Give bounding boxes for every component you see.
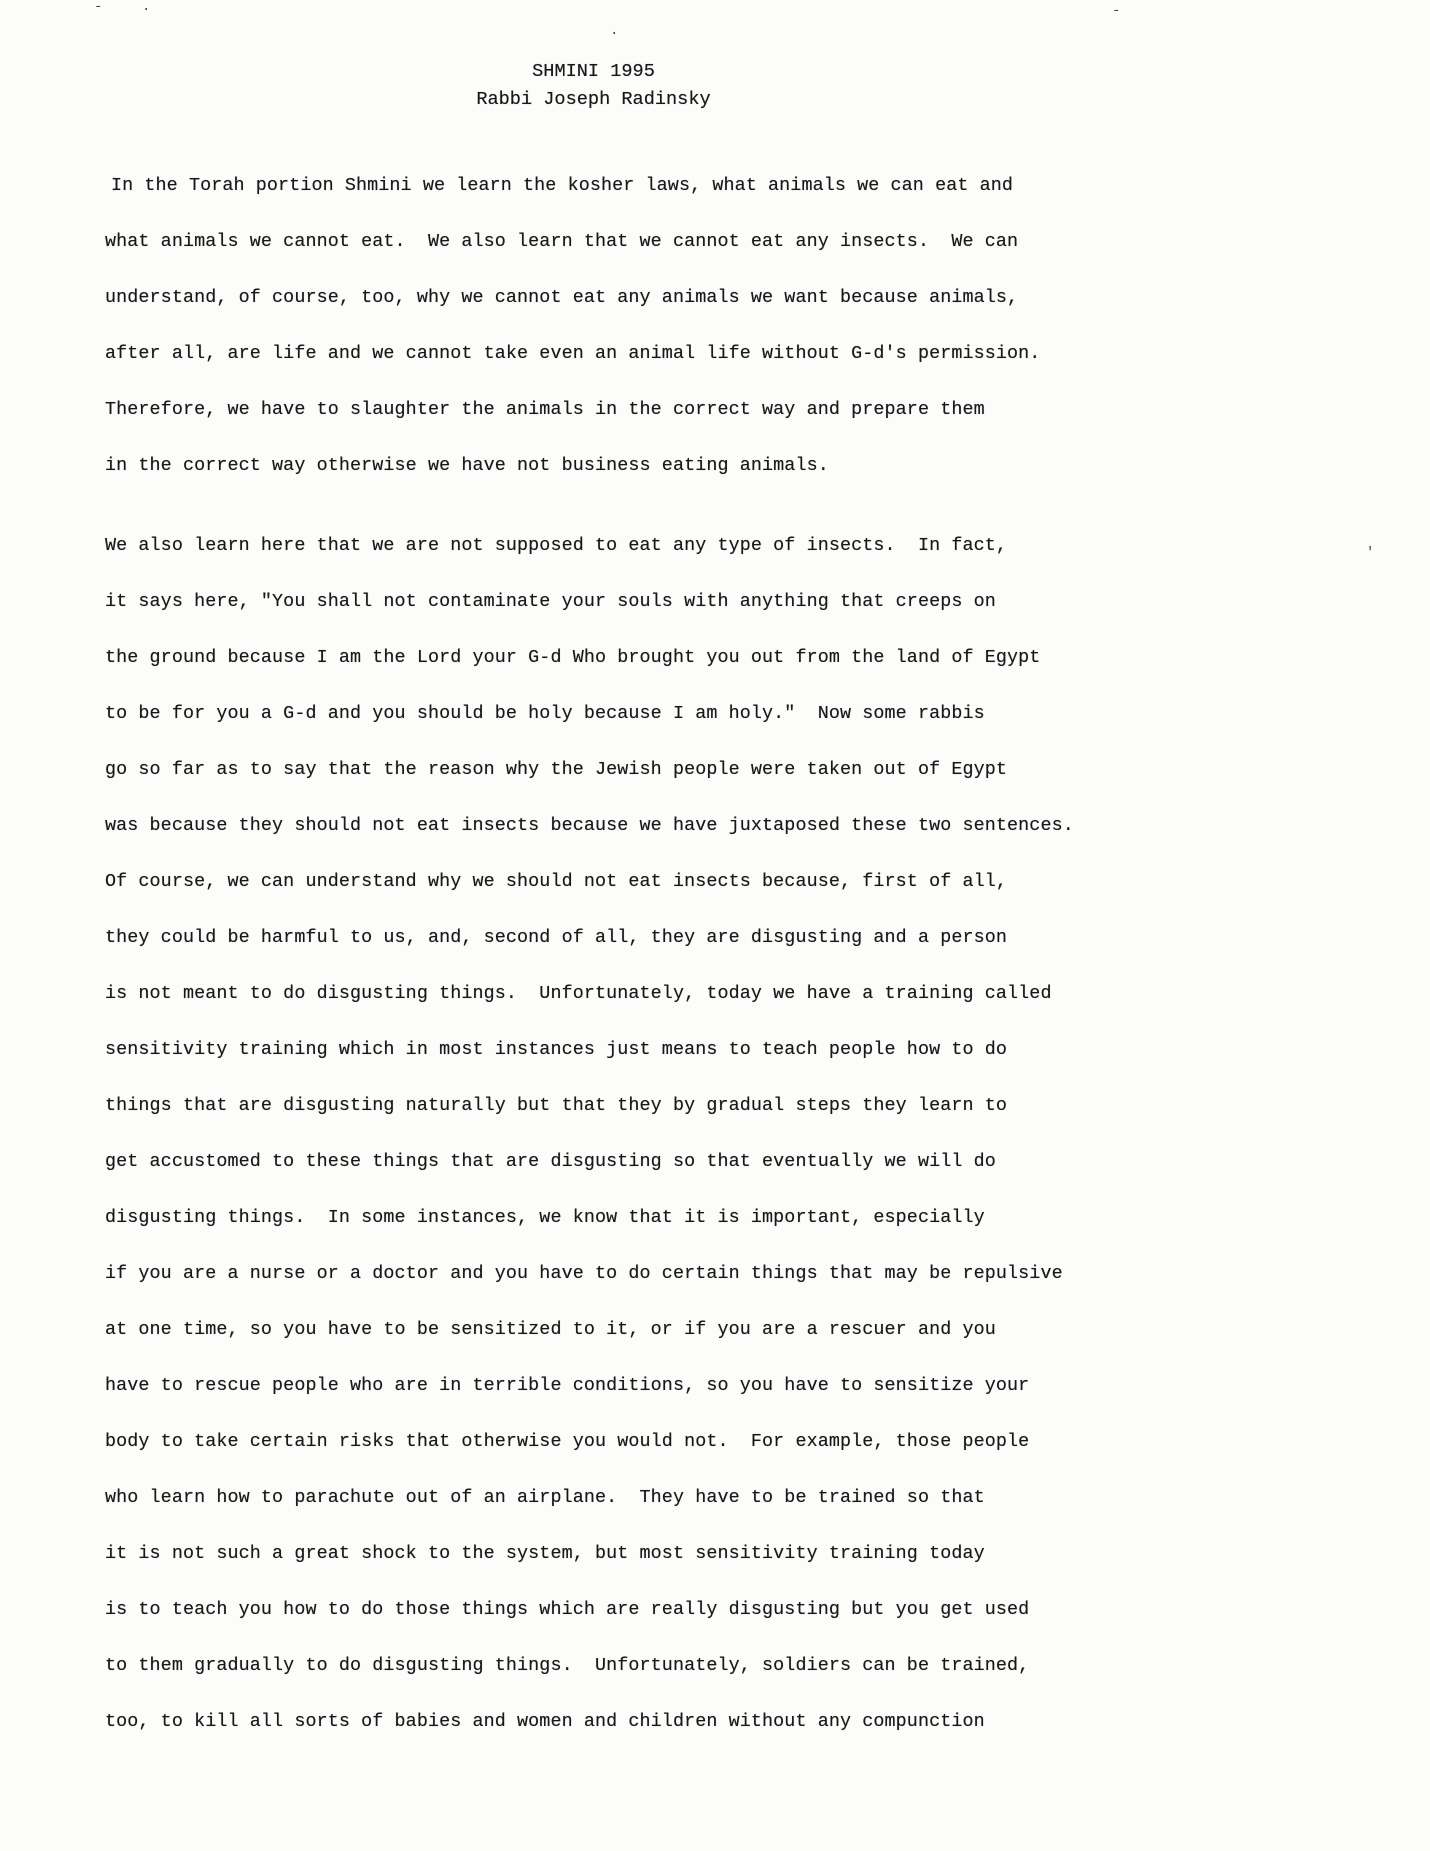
text-line: in the correct way otherwise we have not… <box>105 438 1082 494</box>
page-subtitle: Rabbi Joseph Radinsky <box>105 86 1082 114</box>
text-line: it is not such a great shock to the syst… <box>105 1526 1082 1582</box>
scan-artifact: . <box>142 2 150 12</box>
document-heading: SHMINI 1995 Rabbi Joseph Radinsky <box>105 58 1082 114</box>
paragraph: In the Torah portion Shmini we learn the… <box>105 158 1082 494</box>
paragraph: We also learn here that we are not suppo… <box>105 518 1082 1750</box>
scan-artifact: ' <box>1366 548 1374 558</box>
text-line: is to teach you how to do those things w… <box>105 1582 1082 1638</box>
text-line: understand, of course, too, why we canno… <box>105 270 1082 326</box>
text-line: go so far as to say that the reason why … <box>105 742 1082 798</box>
document-content: SHMINI 1995 Rabbi Joseph Radinsky In the… <box>105 58 1082 1750</box>
text-line: what animals we cannot eat. We also lear… <box>105 214 1082 270</box>
text-line: to be for you a G-d and you should be ho… <box>105 686 1082 742</box>
scanned-document-page: - . . - ' SHMINI 1995 Rabbi Joseph Radin… <box>0 0 1430 1851</box>
text-line: they could be harmful to us, and, second… <box>105 910 1082 966</box>
text-line: We also learn here that we are not suppo… <box>105 518 1082 574</box>
text-line: things that are disgusting naturally but… <box>105 1078 1082 1134</box>
text-line: the ground because I am the Lord your G-… <box>105 630 1082 686</box>
text-line: too, to kill all sorts of babies and wom… <box>105 1694 1082 1750</box>
text-line: to them gradually to do disgusting thing… <box>105 1638 1082 1694</box>
scan-artifact: - <box>94 2 102 12</box>
text-line: Therefore, we have to slaughter the anim… <box>105 382 1082 438</box>
text-line: who learn how to parachute out of an air… <box>105 1470 1082 1526</box>
text-line: was because they should not eat insects … <box>105 798 1082 854</box>
page-title: SHMINI 1995 <box>105 58 1082 86</box>
text-line: have to rescue people who are in terribl… <box>105 1358 1082 1414</box>
scan-artifact: - <box>1112 6 1120 16</box>
text-line: it says here, "You shall not contaminate… <box>105 574 1082 630</box>
text-line: is not meant to do disgusting things. Un… <box>105 966 1082 1022</box>
text-line: body to take certain risks that otherwis… <box>105 1414 1082 1470</box>
text-line: if you are a nurse or a doctor and you h… <box>105 1246 1082 1302</box>
text-line: sensitivity training which in most insta… <box>105 1022 1082 1078</box>
text-line: disgusting things. In some instances, we… <box>105 1190 1082 1246</box>
text-line: In the Torah portion Shmini we learn the… <box>105 158 1082 214</box>
text-line: after all, are life and we cannot take e… <box>105 326 1082 382</box>
text-line: at one time, so you have to be sensitize… <box>105 1302 1082 1358</box>
text-line: Of course, we can understand why we shou… <box>105 854 1082 910</box>
text-line: get accustomed to these things that are … <box>105 1134 1082 1190</box>
scan-artifact: . <box>610 26 618 36</box>
